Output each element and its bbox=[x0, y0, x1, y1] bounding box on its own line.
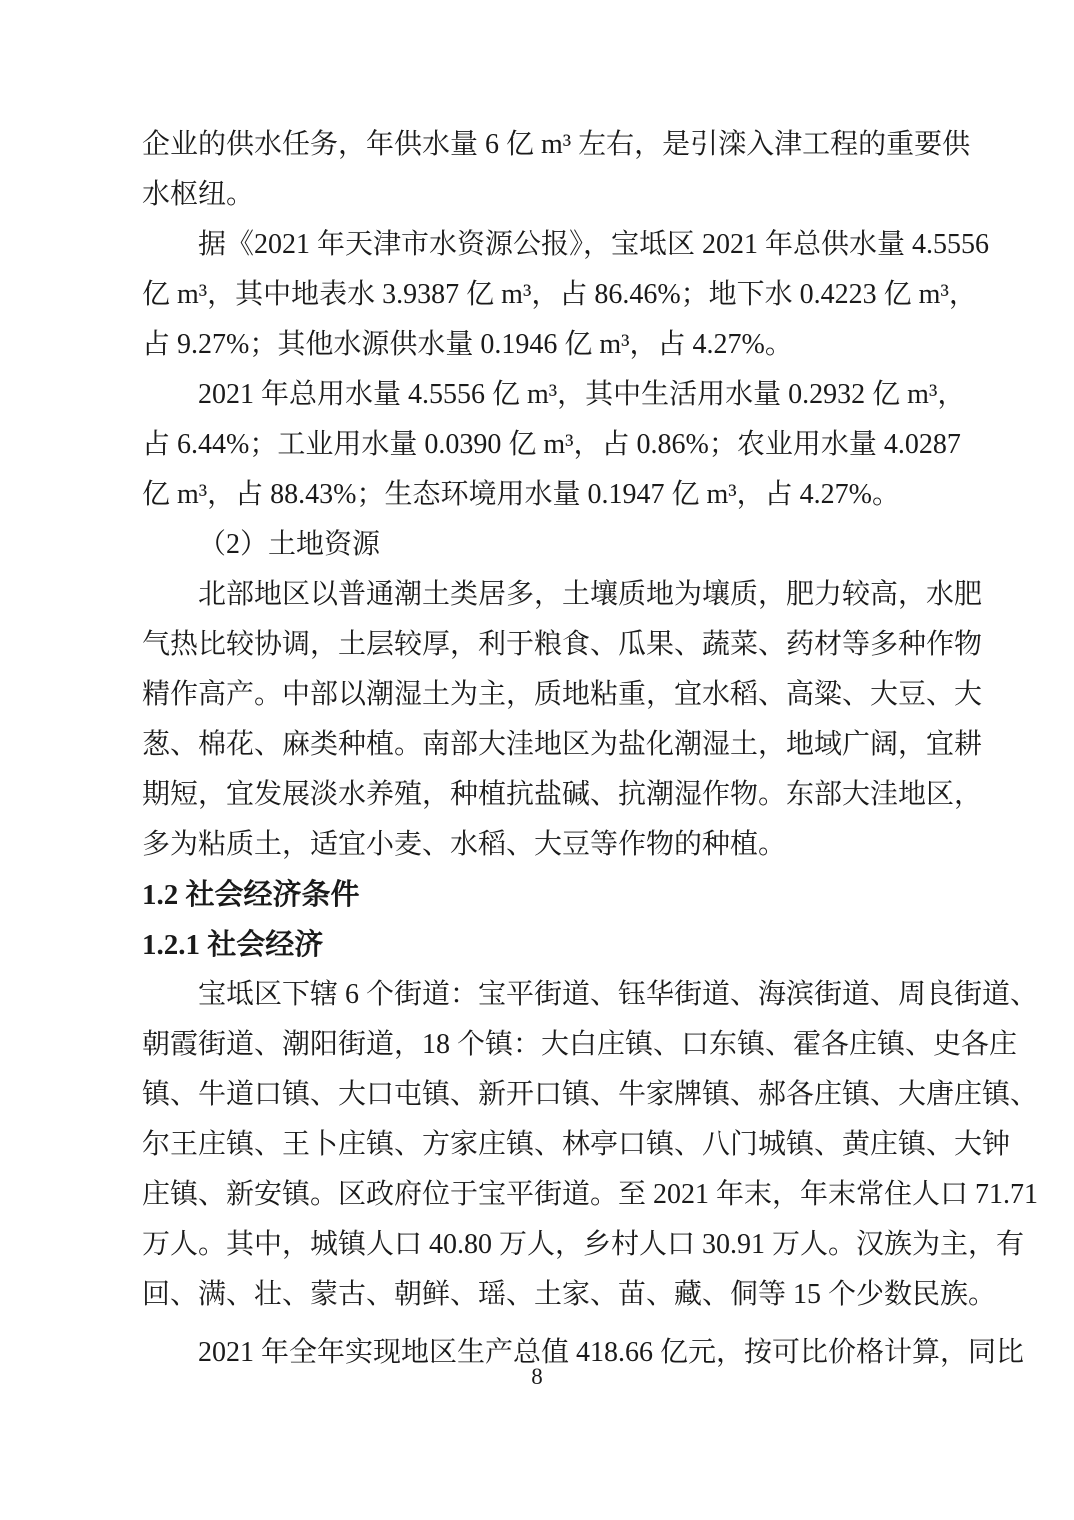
text-line: 回、满、壮、蒙古、朝鲜、瑶、土家、苗、藏、侗等 15 个少数民族。 bbox=[142, 1270, 932, 1320]
text-line: 水枢纽。 bbox=[142, 170, 932, 220]
text-line: 朝霞街道、潮阳街道，18 个镇：大白庄镇、口东镇、霍各庄镇、史各庄 bbox=[142, 1020, 932, 1070]
text-line: 宝坻区下辖 6 个街道：宝平街道、钰华街道、海滨街道、周良街道、 bbox=[142, 970, 932, 1020]
document-page: 企业的供水任务，年供水量 6 亿 m³ 左右，是引滦入津工程的重要供水枢纽。据《… bbox=[0, 0, 1074, 1520]
text-line: 占 6.44%；工业用水量 0.0390 亿 m³，占 0.86%；农业用水量 … bbox=[142, 420, 932, 470]
section-heading: 1.2.1 社会经济 bbox=[142, 920, 932, 970]
text-line: （2）土地资源 bbox=[142, 520, 932, 570]
paragraph: 企业的供水任务，年供水量 6 亿 m³ 左右，是引滦入津工程的重要供水枢纽。 bbox=[142, 120, 932, 220]
paragraph: 据《2021 年天津市水资源公报》，宝坻区 2021 年总供水量 4.5556亿… bbox=[142, 220, 932, 370]
text-line: 镇、牛道口镇、大口屯镇、新开口镇、牛家牌镇、郝各庄镇、大唐庄镇、 bbox=[142, 1070, 932, 1120]
section-heading: 1.2 社会经济条件 bbox=[142, 870, 932, 920]
text-line: 据《2021 年天津市水资源公报》，宝坻区 2021 年总供水量 4.5556 bbox=[142, 220, 932, 270]
page-number: 8 bbox=[531, 1364, 543, 1389]
paragraph: 宝坻区下辖 6 个街道：宝平街道、钰华街道、海滨街道、周良街道、朝霞街道、潮阳街… bbox=[142, 970, 932, 1320]
text-line: 亿 m³，占 88.43%；生态环境用水量 0.1947 亿 m³，占 4.27… bbox=[142, 470, 932, 520]
text-line: 亿 m³，其中地表水 3.9387 亿 m³，占 86.46%；地下水 0.42… bbox=[142, 270, 932, 320]
text-line: 多为粘质土，适宜小麦、水稻、大豆等作物的种植。 bbox=[142, 820, 932, 870]
text-line: 万人。其中，城镇人口 40.80 万人，乡村人口 30.91 万人。汉族为主，有 bbox=[142, 1220, 932, 1270]
text-line: 精作高产。中部以潮湿土为主，质地粘重，宜水稻、高粱、大豆、大 bbox=[142, 670, 932, 720]
document-body: 企业的供水任务，年供水量 6 亿 m³ 左右，是引滦入津工程的重要供水枢纽。据《… bbox=[142, 120, 932, 1378]
paragraph: 北部地区以普通潮土类居多，土壤质地为壤质，肥力较高，水肥气热比较协调，土层较厚，… bbox=[142, 570, 932, 870]
heading-text: 1.2 社会经济条件 bbox=[142, 870, 932, 920]
text-line: 北部地区以普通潮土类居多，土壤质地为壤质，肥力较高，水肥 bbox=[142, 570, 932, 620]
heading-text: 1.2.1 社会经济 bbox=[142, 920, 932, 970]
text-line: 葱、棉花、麻类种植。南部大洼地区为盐化潮湿土，地域广阔，宜耕 bbox=[142, 720, 932, 770]
paragraph: （2）土地资源 bbox=[142, 520, 932, 570]
text-line: 气热比较协调，土层较厚，利于粮食、瓜果、蔬菜、药材等多种作物 bbox=[142, 620, 932, 670]
text-line: 2021 年总用水量 4.5556 亿 m³，其中生活用水量 0.2932 亿 … bbox=[142, 370, 932, 420]
text-line: 占 9.27%；其他水源供水量 0.1946 亿 m³，占 4.27%。 bbox=[142, 320, 932, 370]
text-line: 庄镇、新安镇。区政府位于宝平街道。至 2021 年末，年末常住人口 71.71 bbox=[142, 1170, 932, 1220]
text-line: 企业的供水任务，年供水量 6 亿 m³ 左右，是引滦入津工程的重要供 bbox=[142, 120, 932, 170]
text-line: 期短，宜发展淡水养殖，种植抗盐碱、抗潮湿作物。东部大洼地区， bbox=[142, 770, 932, 820]
page-footer: 8 bbox=[0, 1362, 1074, 1392]
paragraph: 2021 年总用水量 4.5556 亿 m³，其中生活用水量 0.2932 亿 … bbox=[142, 370, 932, 520]
text-line: 尔王庄镇、王卜庄镇、方家庄镇、林亭口镇、八门城镇、黄庄镇、大钟 bbox=[142, 1120, 932, 1170]
